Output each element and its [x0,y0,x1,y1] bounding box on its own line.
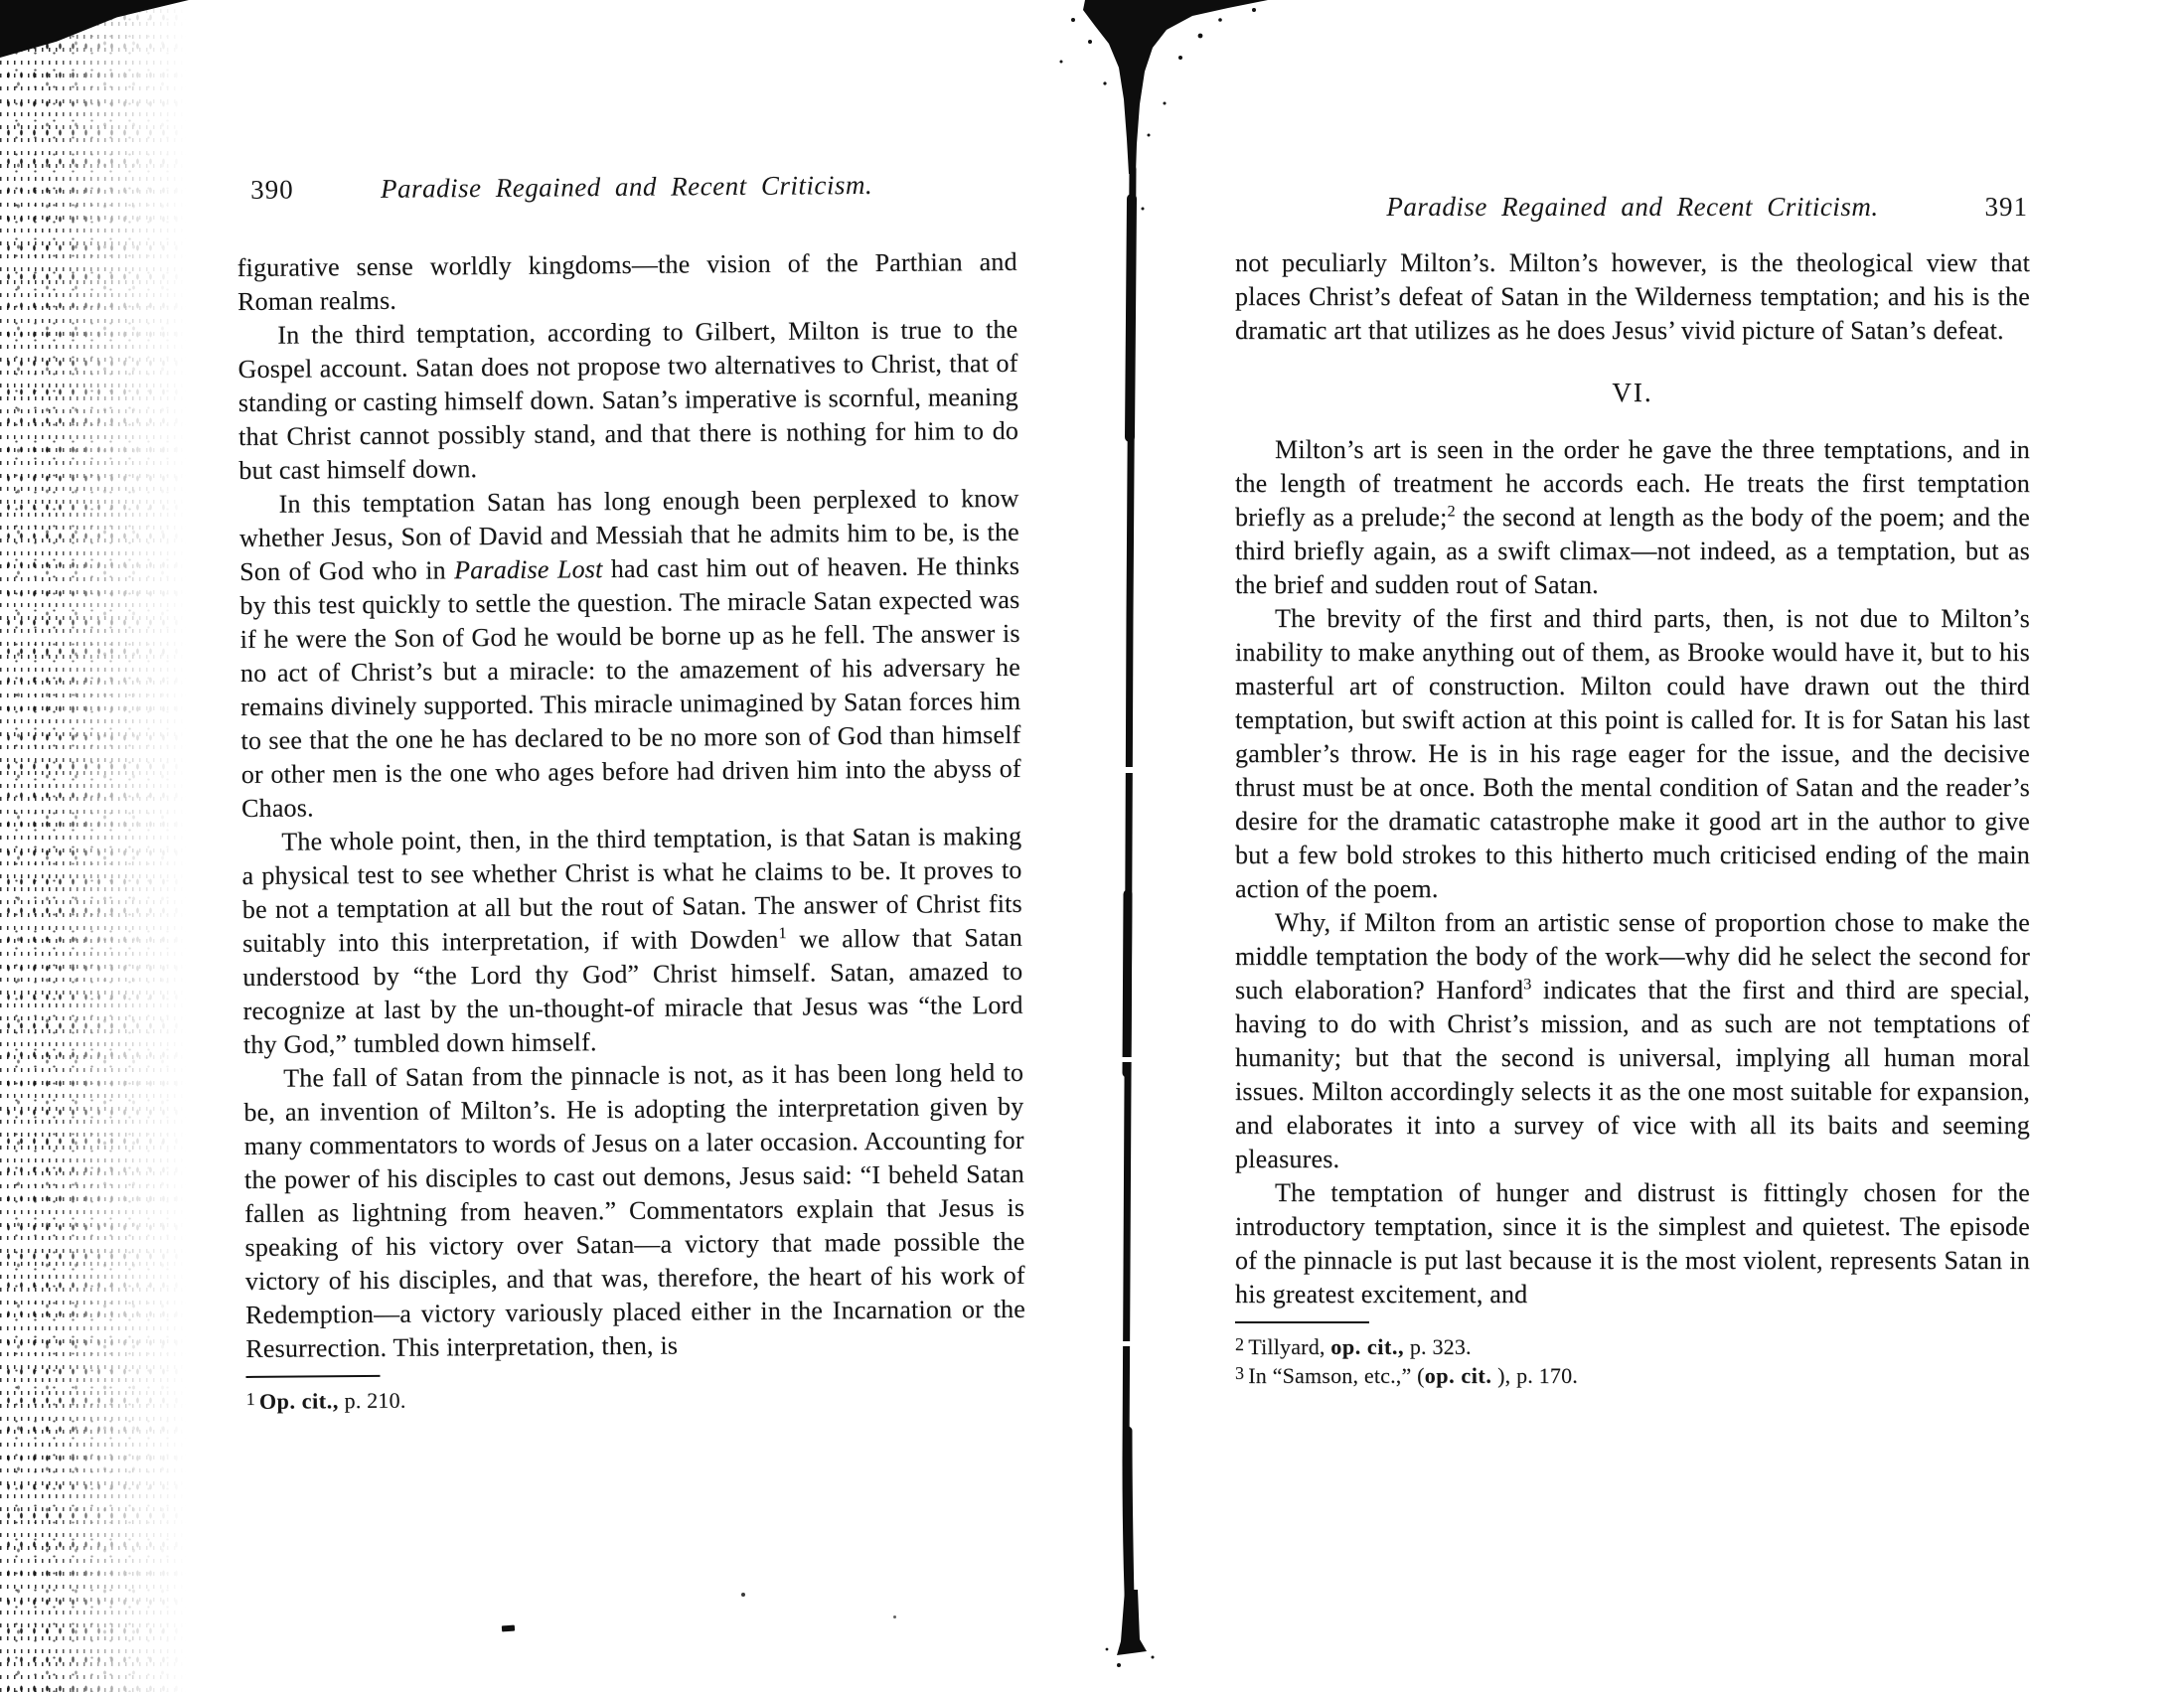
footnote-rule [246,1375,381,1378]
page-left-number: 390 [250,174,294,206]
footnote-rule [1235,1321,1369,1323]
section-heading: VI. [1235,376,2030,409]
paragraph: not peculiarly Milton’s. Milton’s howeve… [1235,246,2030,348]
scan-ink-dash [502,1625,515,1632]
paragraph: Milton’s art is seen in the order he gav… [1235,433,2030,602]
footnote-list: 2Tillyard, op. cit., p. 323.3In “Samson,… [1235,1331,2030,1389]
book-scan: 390 Paradise Regained and Recent Critici… [0,0,2184,1692]
page-right-number: 391 [1985,191,2029,223]
footnote-marker: 1 [246,1389,255,1409]
paragraph: The whole point, then, in the third temp… [241,820,1023,1062]
page-left-header: 390 Paradise Regained and Recent Critici… [236,168,1016,206]
paragraph: In the third temptation, according to Gi… [237,313,1018,488]
footnote-list: 1Op. cit., p. 210. [246,1380,1026,1415]
page-right-footnotes: 2Tillyard, op. cit., p. 323.3In “Samson,… [1235,1321,2030,1389]
footnote-marker: 3 [1235,1363,1244,1383]
page-left-footnotes: 1Op. cit., p. 210. [246,1370,1026,1415]
paragraph: Why, if Milton from an artistic sense of… [1235,906,2030,1176]
scan-ink-dot [893,1615,896,1618]
page-right: Paradise Regained and Recent Criticism. … [1235,191,2030,1389]
scan-ink-dot [741,1593,745,1597]
footnote: 2Tillyard, op. cit., p. 323. [1235,1331,2030,1360]
page-left-running-title: Paradise Regained and Recent Criticism. [236,168,1016,206]
footnote-marker: 2 [1235,1334,1244,1354]
page-left-body: figurative sense worldly kingdoms—the vi… [237,245,1026,1366]
page-right-body: not peculiarly Milton’s. Milton’s howeve… [1235,246,2030,1311]
footnote: 1Op. cit., p. 210. [246,1380,1026,1415]
footnote: 3In “Samson, etc.,” (op. cit. ), p. 170. [1235,1360,2030,1389]
page-right-header: Paradise Regained and Recent Criticism. … [1235,191,2030,223]
paragraph: The fall of Satan from the pinnacle is n… [243,1056,1025,1366]
paragraph: The brevity of the first and third parts… [1235,602,2030,906]
scan-edge-noise [0,0,187,1692]
paragraph: The temptation of hunger and distrust is… [1235,1176,2030,1311]
page-left: 390 Paradise Regained and Recent Critici… [236,168,1026,1415]
paragraph: In this temptation Satan has long enough… [238,482,1021,826]
page-right-running-title: Paradise Regained and Recent Criticism. [1235,191,2030,223]
paragraph: figurative sense worldly kingdoms—the vi… [237,245,1018,319]
